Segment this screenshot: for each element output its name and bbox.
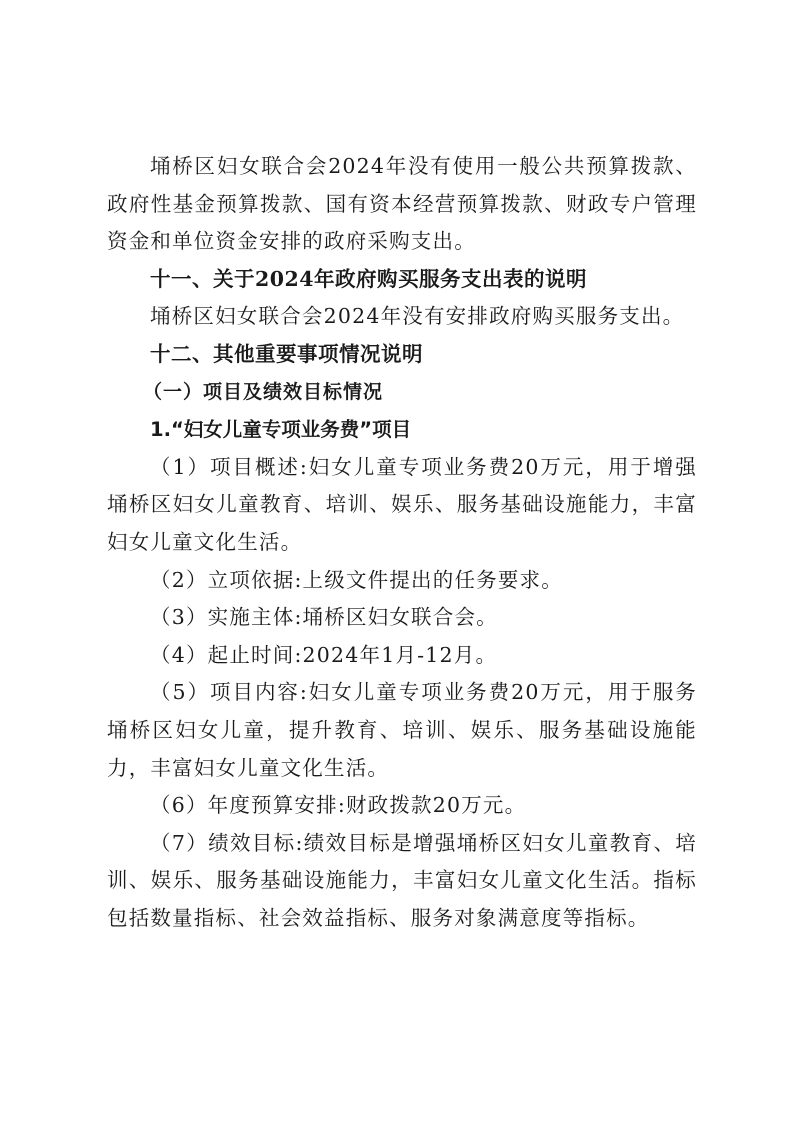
subsection-heading-project-goals: （一）项目及绩效目标情况 xyxy=(107,374,697,412)
document-page: 埇桥区妇女联合会2024年没有使用一般公共预算拨款、政府性基金预算拨款、国有资本… xyxy=(107,148,697,937)
project-budget: （6）年度预算安排:财政拨款20万元。 xyxy=(107,787,697,825)
project-basis: （2）立项依据:上级文件提出的任务要求。 xyxy=(107,562,697,600)
project-performance-goal: （7）绩效目标:绩效目标是增强埇桥区妇女儿童教育、培训、娱乐、服务基础设施能力，… xyxy=(107,825,697,938)
section-heading-11: 十一、关于2024年政府购买服务支出表的说明 xyxy=(107,261,697,299)
project-overview: （1）项目概述:妇女儿童专项业务费20万元，用于增强埇桥区妇女儿童教育、培训、娱… xyxy=(107,449,697,562)
project-content: （5）项目内容:妇女儿童专项业务费20万元，用于服务埇桥区妇女儿童，提升教育、培… xyxy=(107,674,697,787)
project-implementer: （3）实施主体:埇桥区妇女联合会。 xyxy=(107,599,697,637)
project-period: （4）起止时间:2024年1月-12月。 xyxy=(107,637,697,675)
project-heading-1: 1.“妇女儿童专项业务费”项目 xyxy=(107,411,697,449)
paragraph-procurement-note: 埇桥区妇女联合会2024年没有使用一般公共预算拨款、政府性基金预算拨款、国有资本… xyxy=(107,148,697,261)
section-heading-12: 十二、其他重要事项情况说明 xyxy=(107,336,697,374)
paragraph-purchase-service-note: 埇桥区妇女联合会2024年没有安排政府购买服务支出。 xyxy=(107,298,697,336)
